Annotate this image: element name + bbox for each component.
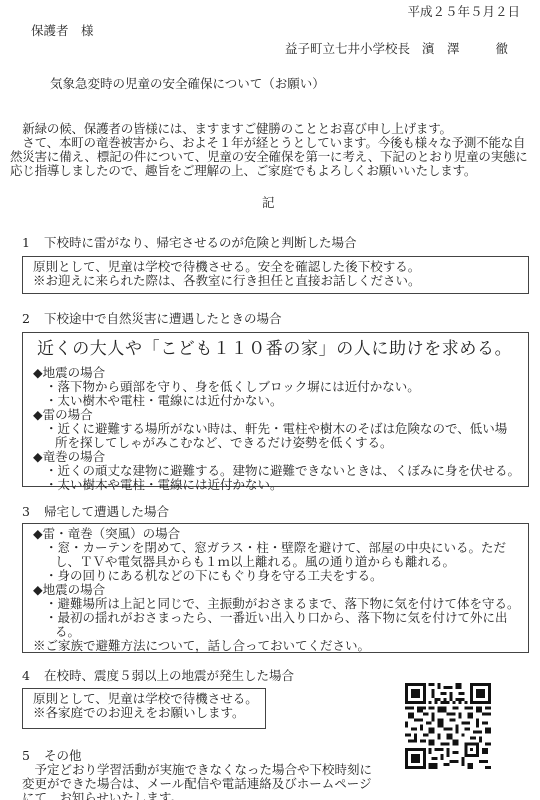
box-line: ・避難場所は上記と同じで、主振動がおさまるまで、落下物に気を付けて体を守る。 [33,597,518,611]
section-title: 在校時、震度５弱以上の地震が発生した場合 [44,668,294,683]
qr-code-icon [403,683,493,769]
section-1-heading: 1下校時に雷がなり、帰宅させるのが危険と判断した場合 [22,236,357,250]
box-line: ◆雷・竜巻（突風）の場合 [33,527,518,541]
box-line: ※お迎えに来られた際は、各教室に行き担任と直接お話しください。 [33,274,518,288]
section-title: 下校時に雷がなり、帰宅させるのが危険と判断した場合 [44,235,357,250]
section-5-body: 予定どおり学習活動が実施できなくなった場合や下校時刻に変更ができた場合は、メール… [22,763,382,800]
section-number: 5 [22,749,44,763]
section-4-box: 原則として、児童は学校で待機させる。 ※各家庭でのお迎えをお願いします。 [22,688,266,729]
box-line: 原則として、児童は学校で待機させる。 [33,692,255,706]
sender-org: 益子町立七井小学校長 [285,41,410,56]
box-line: ・最初の揺れがおさまったら、一番近い出入り口から、落下物に気を付けて外に出 [33,611,518,625]
box-line: ◆地震の場合 [33,583,518,597]
box-line: ・太い樹木や電柱・電線には近付かない。 [33,478,518,492]
box-line: し、ＴＶや電気器具からも１ｍ以上離れる。風の通り道からも離れる。 [33,555,518,569]
box-line: ※各家庭でのお迎えをお願いします。 [33,706,255,720]
section-number: 3 [22,505,44,519]
section-title: 下校途中で自然災害に遭遇したときの場合 [44,311,282,326]
box-line: ・太い樹木や電柱・電線には近付かない。 [33,394,518,408]
section-3-heading: 3帰宅して遭遇した場合 [22,505,169,519]
box-line: ◆雷の場合 [33,408,518,422]
section-number: 1 [22,236,44,250]
sender-given-name: 徹 [496,41,509,56]
section-number: 4 [22,669,44,683]
box-line: 所を探してしゃがみこむなど、できるだけ姿勢を低くする。 [33,436,518,450]
section-3-box: ◆雷・竜巻（突風）の場合 ・窓・カーテンを閉めて、窓ガラス・柱・壁際を避けて、部… [22,523,529,653]
box-line: る。 [33,625,518,639]
document-date: 平成２５年５月２日 [407,5,520,19]
sender: 益子町立七井小学校長濱 澤徹 [285,42,508,56]
section-2-headline: 近くの大人や「こども１１０番の家」の人に助けを求める。 [37,338,518,360]
section-2-box: 近くの大人や「こども１１０番の家」の人に助けを求める。 ◆地震の場合 ・落下物か… [22,332,529,487]
section-2-heading: 2下校途中で自然災害に遭遇したときの場合 [22,312,282,326]
box-line: ・窓・カーテンを閉めて、窓ガラス・柱・壁際を避けて、部屋の中央にいる。ただ [33,541,518,555]
intro-body: さて、本町の竜巻被害から、およそ１年が経とうとしています。今後も様々な予測不能な… [10,136,532,178]
box-line: ・落下物から頭部を守り、身を低くしブロック塀には近付かない。 [33,380,518,394]
sender-family-name: 濱 澤 [422,41,460,56]
box-line: ・近くに避難する場所がない時は、軒先・電柱や樹木のそばは危険なので、低い場 [33,422,518,436]
section-1-box: 原則として、児童は学校で待機させる。安全を確認した後下校する。 ※お迎えに来られ… [22,256,529,294]
intro-greeting: 新緑の候、保護者の皆様には、ますますご健勝のこととお喜び申し上げます。 [10,122,532,136]
section-4-heading: 4在校時、震度５弱以上の地震が発生した場合 [22,669,294,683]
addressee: 保護者 様 [31,24,94,38]
box-line: ・身の回りにある机などの下にもぐり身を守る工夫をする。 [33,569,518,583]
section-title: 帰宅して遭遇した場合 [44,504,169,519]
box-line: ・近くの頑丈な建物に避難する。建物に避難できないときは、くぼみに身を伏せる。 [33,464,518,478]
section-number: 2 [22,312,44,326]
section-5-heading: 5その他 [22,749,82,763]
box-line: 原則として、児童は学校で待機させる。安全を確認した後下校する。 [33,260,518,274]
box-line: ※ご家族で避難方法について，話し合っておいてください。 [33,639,518,653]
box-line: ◆地震の場合 [33,366,518,380]
section-title: その他 [44,748,82,763]
document-title: 気象急変時の児童の安全確保について（お願い） [50,77,325,91]
ki-heading: 記 [262,196,275,210]
box-line: ◆竜巻の場合 [33,450,518,464]
